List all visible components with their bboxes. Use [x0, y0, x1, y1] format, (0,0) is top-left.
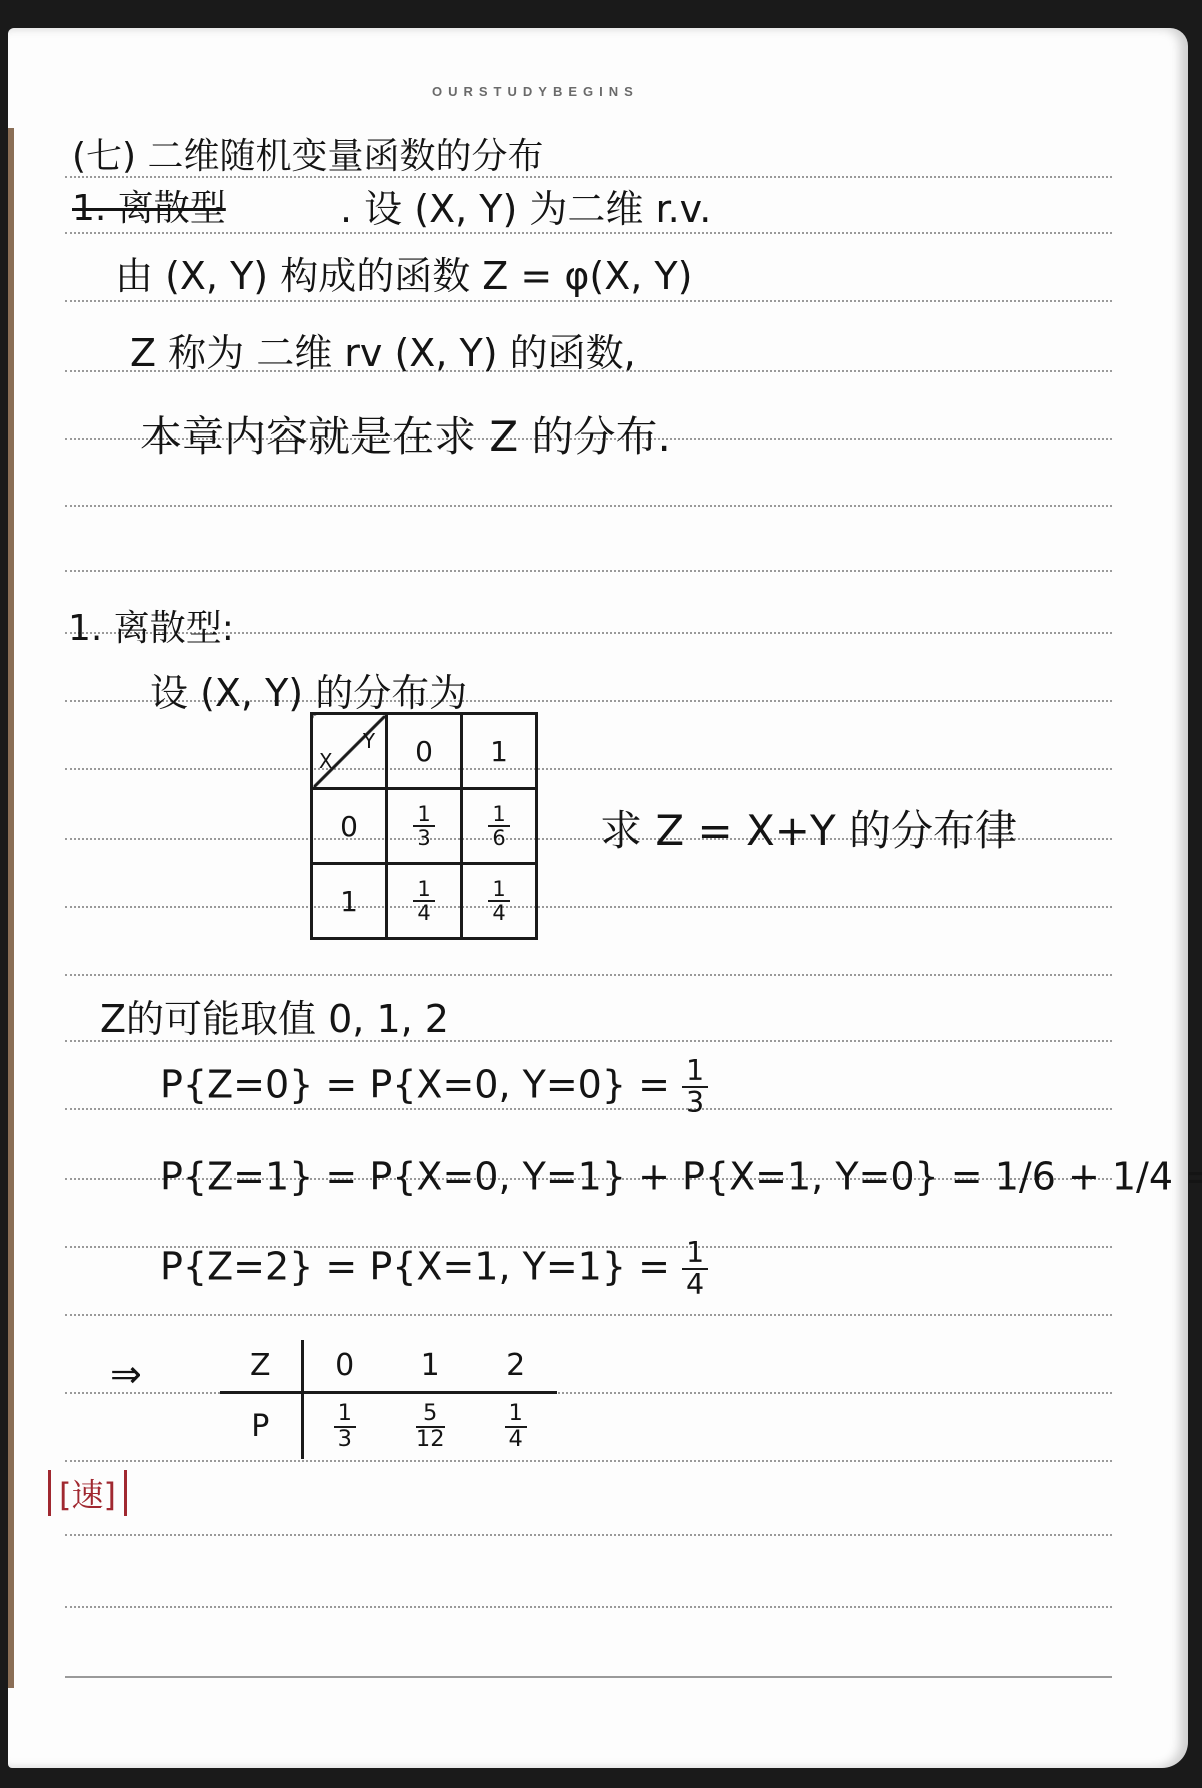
- heading: (七) 二维随机变量函数的分布: [72, 128, 544, 179]
- z-prob: 14: [475, 1393, 557, 1460]
- ruled-line: [65, 570, 1112, 572]
- prob-cell: 16: [462, 789, 537, 864]
- task-text: 求 Z = X+Y 的分布律: [600, 798, 1017, 858]
- z-value: 1: [386, 1340, 475, 1393]
- brand-watermark: OURSTUDYBEGINS: [432, 84, 639, 99]
- p-label: P: [220, 1393, 302, 1460]
- equation-z0: P{Z=0} = P{X=0, Y=0} = 13: [160, 1056, 708, 1118]
- possible-values: Z的可能取值 0, 1, 2: [100, 988, 449, 1043]
- ruled-line: [65, 505, 1112, 507]
- prob-cell: 14: [387, 864, 462, 939]
- y-header: 0: [387, 714, 462, 789]
- ruled-line: [65, 300, 1112, 302]
- section-title: 1. 离散型:: [68, 600, 234, 651]
- red-bracket-tag: [速]: [48, 1470, 127, 1516]
- implies-arrow: ⇒: [110, 1352, 142, 1396]
- prob-cell: 14: [462, 864, 537, 939]
- joint-distribution-table: X Y 0 1 0 13 16 1 14 14: [310, 712, 538, 940]
- equation-z1: P{Z=1} = P{X=0, Y=1} + P{X=1, Y=0} = 1/6…: [160, 1148, 1202, 1210]
- intro-line-2: 由 (X, Y) 构成的函数 Z = φ(X, Y): [115, 245, 692, 300]
- ruled-line: [65, 1534, 1112, 1536]
- intro-line-1: . 设 (X, Y) 为二维 r.v.: [340, 178, 711, 233]
- page-edge: [8, 128, 14, 1688]
- ruled-line-solid: [65, 1676, 1112, 1678]
- prob-cell: 13: [387, 789, 462, 864]
- y-header: 1: [462, 714, 537, 789]
- z-prob: 512: [386, 1393, 475, 1460]
- intro-line-4: 本章内容就是在求 Z 的分布.: [140, 404, 671, 464]
- ruled-line: [65, 974, 1112, 976]
- corner-cell: X Y: [312, 714, 387, 789]
- z-prob: 13: [302, 1393, 386, 1460]
- struck-label: 1. 离散型: [72, 180, 226, 231]
- equation-z2: P{Z=2} = P{X=1, Y=1} = 14: [160, 1238, 708, 1300]
- ruled-line: [65, 1606, 1112, 1608]
- x-header: 1: [312, 864, 387, 939]
- given-text: 设 (X, Y) 的分布为: [150, 662, 467, 717]
- z-distribution-table: Z 0 1 2 P 13 512 14: [220, 1340, 557, 1459]
- z-label: Z: [220, 1340, 302, 1393]
- ruled-line: [65, 906, 1112, 908]
- x-header: 0: [312, 789, 387, 864]
- ruled-line: [65, 768, 1112, 770]
- ruled-line: [65, 1314, 1112, 1316]
- intro-line-3: Z 称为 二维 rv (X, Y) 的函数,: [130, 322, 636, 377]
- z-value: 0: [302, 1340, 386, 1393]
- ruled-line: [65, 1460, 1112, 1462]
- z-value: 2: [475, 1340, 557, 1393]
